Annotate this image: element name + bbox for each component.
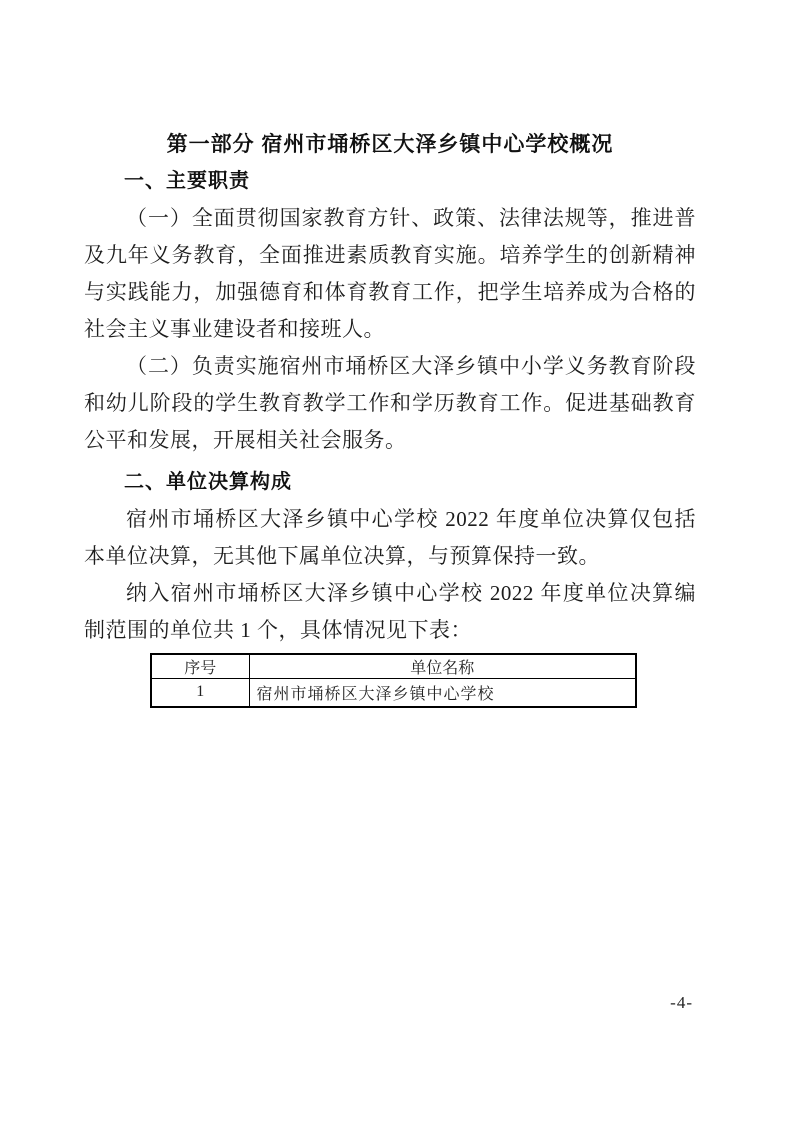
units-table-row: 1 宿州市埇桥区大泽乡镇中心学校: [151, 679, 636, 707]
units-table-cell-seq: 1: [151, 679, 249, 707]
units-table-cell-name: 宿州市埇桥区大泽乡镇中心学校: [249, 679, 636, 707]
section-heading-main-duties: 一、主要职责: [84, 168, 696, 194]
document-page: 第一部分 宿州市埇桥区大泽乡镇中心学校概况 一、主要职责 （一）全面贯彻国家教育…: [0, 0, 793, 1122]
page-number: -4-: [670, 993, 693, 1013]
paragraph-budget-scope-1: 宿州市埇桥区大泽乡镇中心学校 2022 年度单位决算仅包括本单位决算，无其他下属…: [84, 501, 696, 575]
document-content: 第一部分 宿州市埇桥区大泽乡镇中心学校概况 一、主要职责 （一）全面贯彻国家教育…: [84, 131, 696, 708]
paragraph-duty-2: （二）负责实施宿州市埇桥区大泽乡镇中小学义务教育阶段和幼儿阶段的学生教育教学工作…: [84, 348, 696, 459]
units-table-header-name: 单位名称: [249, 654, 636, 679]
units-table-header-row: 序号 单位名称: [151, 654, 636, 679]
document-title: 第一部分 宿州市埇桥区大泽乡镇中心学校概况: [84, 131, 696, 158]
units-table: 序号 单位名称 1 宿州市埇桥区大泽乡镇中心学校: [150, 653, 637, 708]
paragraph-duty-1: （一）全面贯彻国家教育方针、政策、法律法规等，推进普及九年义务教育，全面推进素质…: [84, 200, 696, 348]
paragraph-budget-scope-2: 纳入宿州市埇桥区大泽乡镇中心学校 2022 年度单位决算编制范围的单位共 1 个…: [84, 575, 696, 649]
section-heading-budget-composition: 二、单位决算构成: [84, 469, 696, 495]
units-table-header-seq: 序号: [151, 654, 249, 679]
